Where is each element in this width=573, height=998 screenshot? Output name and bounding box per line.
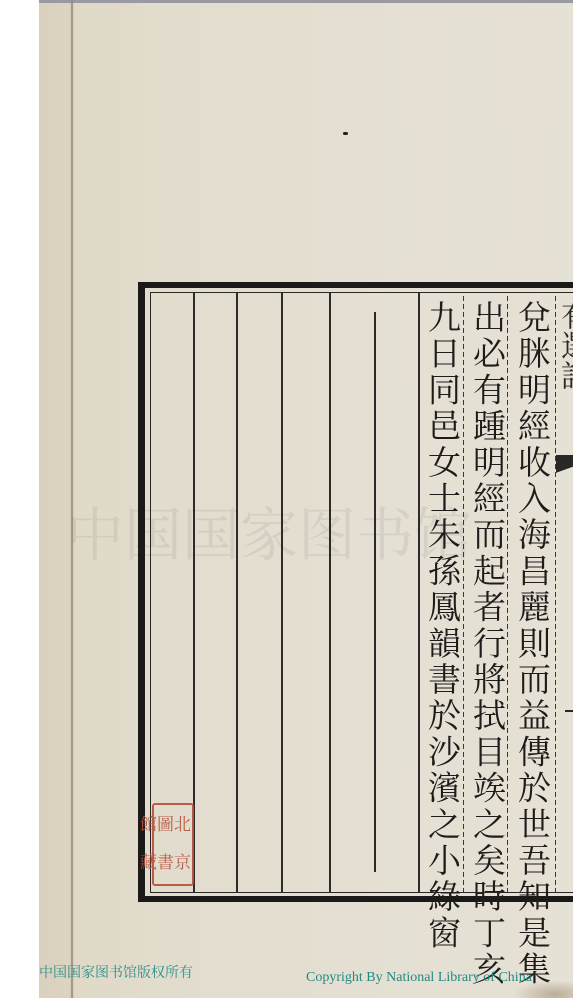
seal-glyph: 館 xyxy=(140,806,157,845)
column-rule xyxy=(329,293,331,893)
seal-glyph: 藏 xyxy=(140,845,157,884)
footer-cn-copyright: 中国国家图书馆版权所有 xyxy=(39,962,193,982)
running-title: 有選詩 xyxy=(557,300,573,460)
seal-glyph: 圖 xyxy=(157,806,174,845)
footer-en-copyright: Copyright By National Library of China xyxy=(306,970,532,986)
seal-glyph: 京 xyxy=(174,845,191,884)
text-column-2: 出必有踵明經而起者行將拭目竢之矣時丁亥 xyxy=(465,300,509,988)
fish-tail-mark xyxy=(556,455,573,481)
column-rule xyxy=(281,293,283,893)
column-rule xyxy=(236,293,238,893)
seal-glyph: 書 xyxy=(157,845,174,884)
column-rule-dashed xyxy=(555,296,556,892)
seal-glyph: 北 xyxy=(174,806,191,845)
column-rule xyxy=(374,312,376,872)
ink-speck xyxy=(343,132,348,135)
text-column-1: 兌脒明經收入海昌麗則而益傳於世吾知是集 xyxy=(510,300,554,988)
text-column-3: 九日同邑女士朱孫鳳韻書於沙濱之小綠窗 xyxy=(420,300,464,952)
scan-top-edge xyxy=(39,0,573,3)
page-side-mark xyxy=(565,710,573,712)
library-seal: 北 京 圖 書 館 藏 xyxy=(152,803,194,886)
